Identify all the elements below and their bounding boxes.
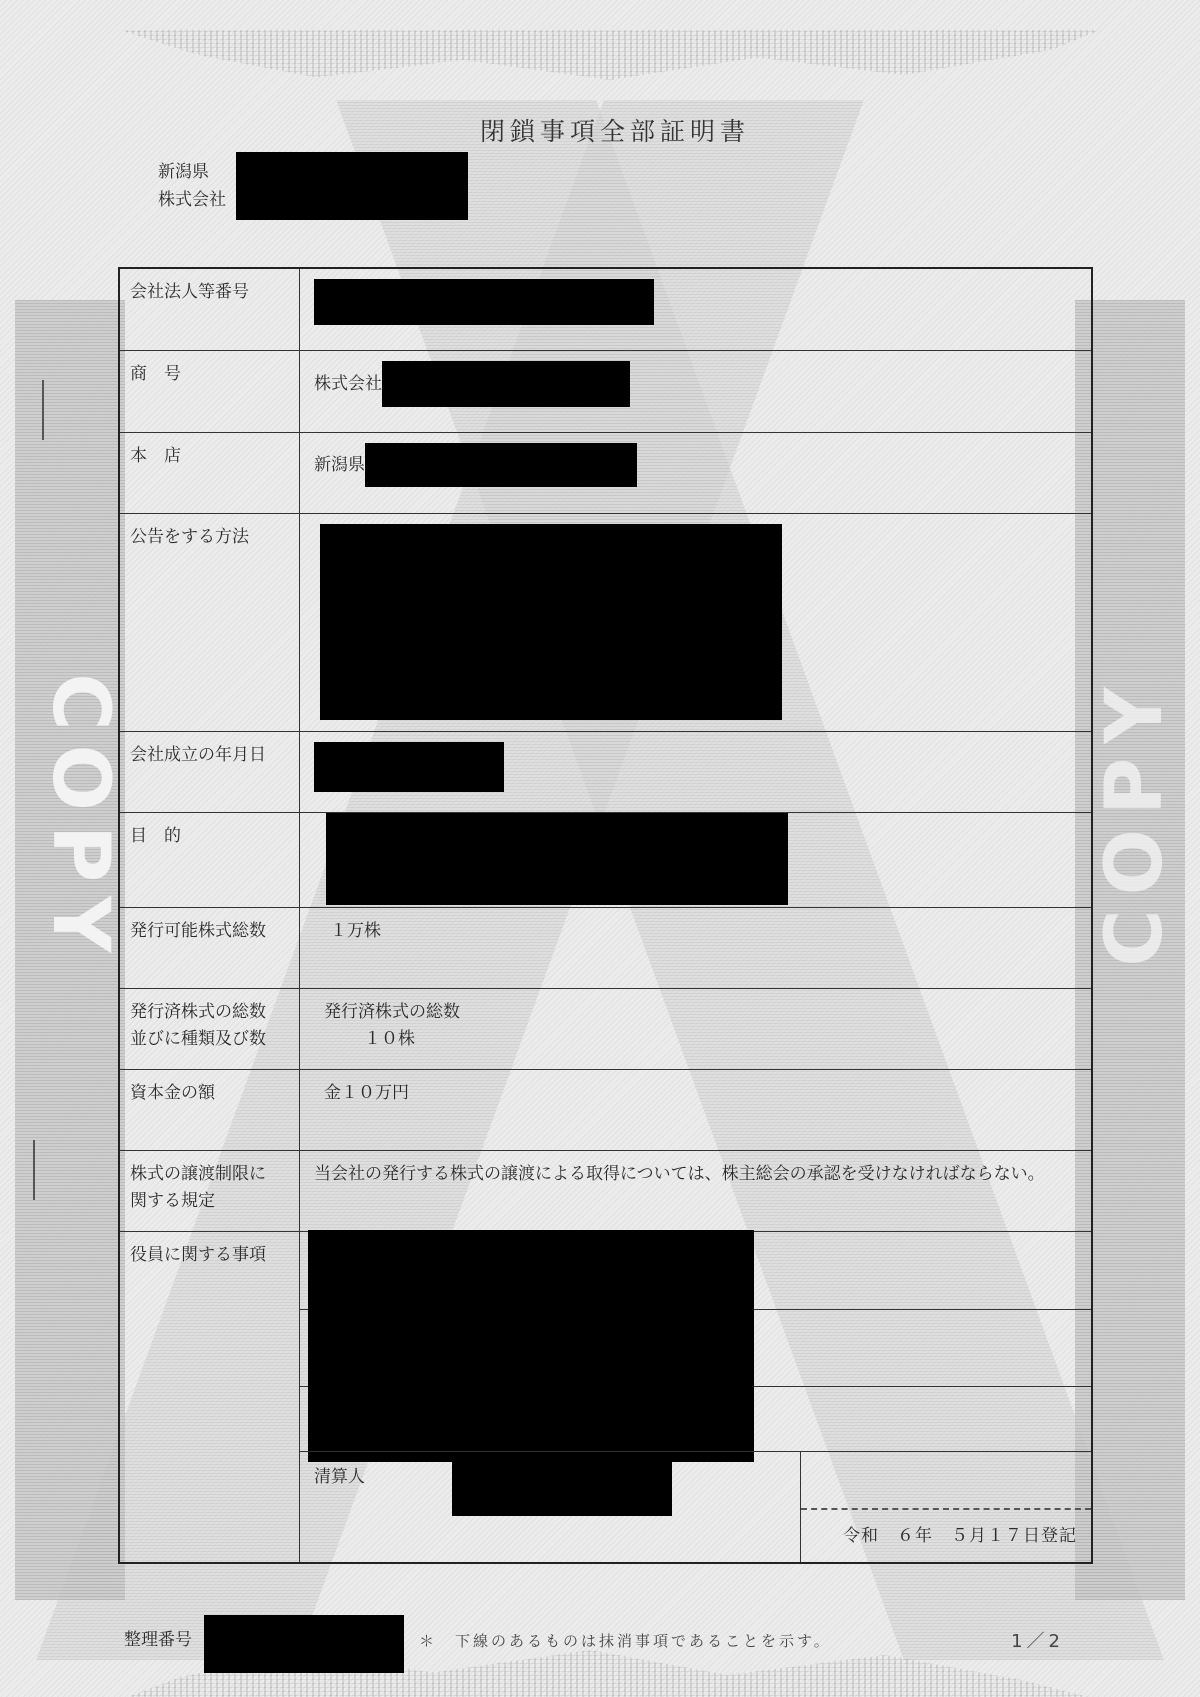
label-head-office: 本 店 bbox=[120, 433, 300, 513]
redaction-public-notice-method bbox=[320, 524, 782, 720]
redaction-reference-number bbox=[204, 1615, 404, 1673]
dashed-divider bbox=[801, 1508, 1091, 1510]
register-table: 会社法人等番号 商 号 株式会社 本 店 新潟県 公告をする方法 会社成立の年月… bbox=[118, 267, 1093, 1564]
redaction-incorporation-date bbox=[314, 742, 504, 792]
liquidator-label: 清算人 bbox=[314, 1467, 365, 1487]
label-issued-shares: 発行済株式の総数 並びに種類及び数 bbox=[120, 989, 300, 1069]
row-head-office: 本 店 新潟県 bbox=[120, 433, 1091, 514]
row-officers: 役員に関する事項 清算人 令和 ６年 ５月１７日登記 bbox=[120, 1232, 1091, 1562]
copy-watermark-left: COPY bbox=[35, 673, 125, 966]
page-indicator: 1／2 bbox=[1011, 1627, 1064, 1653]
label-transfer-restriction-line2: 関する規定 bbox=[130, 1188, 289, 1215]
label-transfer-restriction-line1: 株式の譲渡制限に bbox=[130, 1161, 289, 1188]
value-capital: 金１０万円 bbox=[300, 1070, 1091, 1150]
header-company-prefix: 株式会社 bbox=[158, 186, 226, 214]
redaction-purpose bbox=[326, 813, 788, 905]
label-public-notice-method: 公告をする方法 bbox=[120, 514, 300, 731]
header-prefecture: 新潟県 bbox=[158, 158, 226, 186]
label-transfer-restriction: 株式の譲渡制限に 関する規定 bbox=[120, 1151, 300, 1231]
registration-date: 令和 ６年 ５月１７日登記 bbox=[843, 1523, 1077, 1550]
redaction-liquidator-name bbox=[452, 1458, 672, 1516]
redaction-corporate-number bbox=[314, 279, 654, 325]
label-trade-name: 商 号 bbox=[120, 351, 300, 432]
document-title: 閉鎖事項全部証明書 bbox=[480, 112, 750, 148]
label-issued-shares-line2: 並びに種類及び数 bbox=[130, 1026, 289, 1053]
label-officers: 役員に関する事項 bbox=[120, 1232, 300, 1562]
label-authorized-shares: 発行可能株式総数 bbox=[120, 908, 300, 988]
redaction-header-name bbox=[236, 152, 468, 220]
value-transfer-restriction: 当会社の発行する株式の譲渡による取得については、株主総会の承認を受けなければなら… bbox=[300, 1151, 1091, 1231]
copy-watermark-right: COPY bbox=[1090, 673, 1180, 966]
value-trade-name: 株式会社 bbox=[300, 351, 1091, 432]
value-public-notice-method bbox=[300, 514, 1091, 731]
trade-name-prefix: 株式会社 bbox=[314, 374, 382, 394]
liquidator-entry: 清算人 令和 ６年 ５月１７日登記 bbox=[300, 1451, 1091, 1562]
value-head-office: 新潟県 bbox=[300, 433, 1091, 513]
label-capital: 資本金の額 bbox=[120, 1070, 300, 1150]
row-authorized-shares: 発行可能株式総数 １万株 bbox=[120, 908, 1091, 989]
registration-date-cell: 令和 ６年 ５月１７日登記 bbox=[801, 1452, 1091, 1562]
reference-number-label: 整理番号 bbox=[124, 1625, 192, 1650]
row-transfer-restriction: 株式の譲渡制限に 関する規定 当会社の発行する株式の譲渡による取得については、株… bbox=[120, 1151, 1091, 1232]
strikethrough-note: ＊ 下線のあるものは抹消事項であることを示す。 bbox=[419, 1630, 832, 1651]
redaction-trade-name bbox=[382, 361, 630, 407]
value-officers: 清算人 令和 ６年 ５月１７日登記 bbox=[300, 1232, 1091, 1562]
redaction-head-office bbox=[365, 443, 637, 487]
row-capital: 資本金の額 金１０万円 bbox=[120, 1070, 1091, 1151]
row-purpose: 目 的 bbox=[120, 813, 1091, 908]
value-corporate-number bbox=[300, 269, 1091, 350]
row-issued-shares: 発行済株式の総数 並びに種類及び数 発行済株式の総数 １０株 bbox=[120, 989, 1091, 1070]
value-incorporation-date bbox=[300, 732, 1091, 812]
value-issued-shares-line2: １０株 bbox=[324, 1026, 1077, 1053]
value-issued-shares-line1: 発行済株式の総数 bbox=[324, 999, 1077, 1026]
head-office-prefix: 新潟県 bbox=[314, 455, 365, 475]
value-purpose bbox=[300, 813, 1091, 907]
label-issued-shares-line1: 発行済株式の総数 bbox=[130, 999, 289, 1026]
value-authorized-shares: １万株 bbox=[300, 908, 1091, 988]
label-purpose: 目 的 bbox=[120, 813, 300, 907]
punch-mark-top bbox=[42, 380, 44, 440]
liquidator-cell: 清算人 bbox=[300, 1452, 801, 1562]
row-incorporation-date: 会社成立の年月日 bbox=[120, 732, 1091, 813]
row-corporate-number: 会社法人等番号 bbox=[120, 269, 1091, 351]
label-incorporation-date: 会社成立の年月日 bbox=[120, 732, 300, 812]
row-public-notice-method: 公告をする方法 bbox=[120, 514, 1091, 732]
header-address: 新潟県 株式会社 bbox=[158, 158, 226, 214]
redaction-officers bbox=[308, 1230, 754, 1462]
label-corporate-number: 会社法人等番号 bbox=[120, 269, 300, 350]
value-issued-shares: 発行済株式の総数 １０株 bbox=[300, 989, 1091, 1069]
row-trade-name: 商 号 株式会社 bbox=[120, 351, 1091, 433]
punch-mark-bottom bbox=[33, 1140, 35, 1200]
